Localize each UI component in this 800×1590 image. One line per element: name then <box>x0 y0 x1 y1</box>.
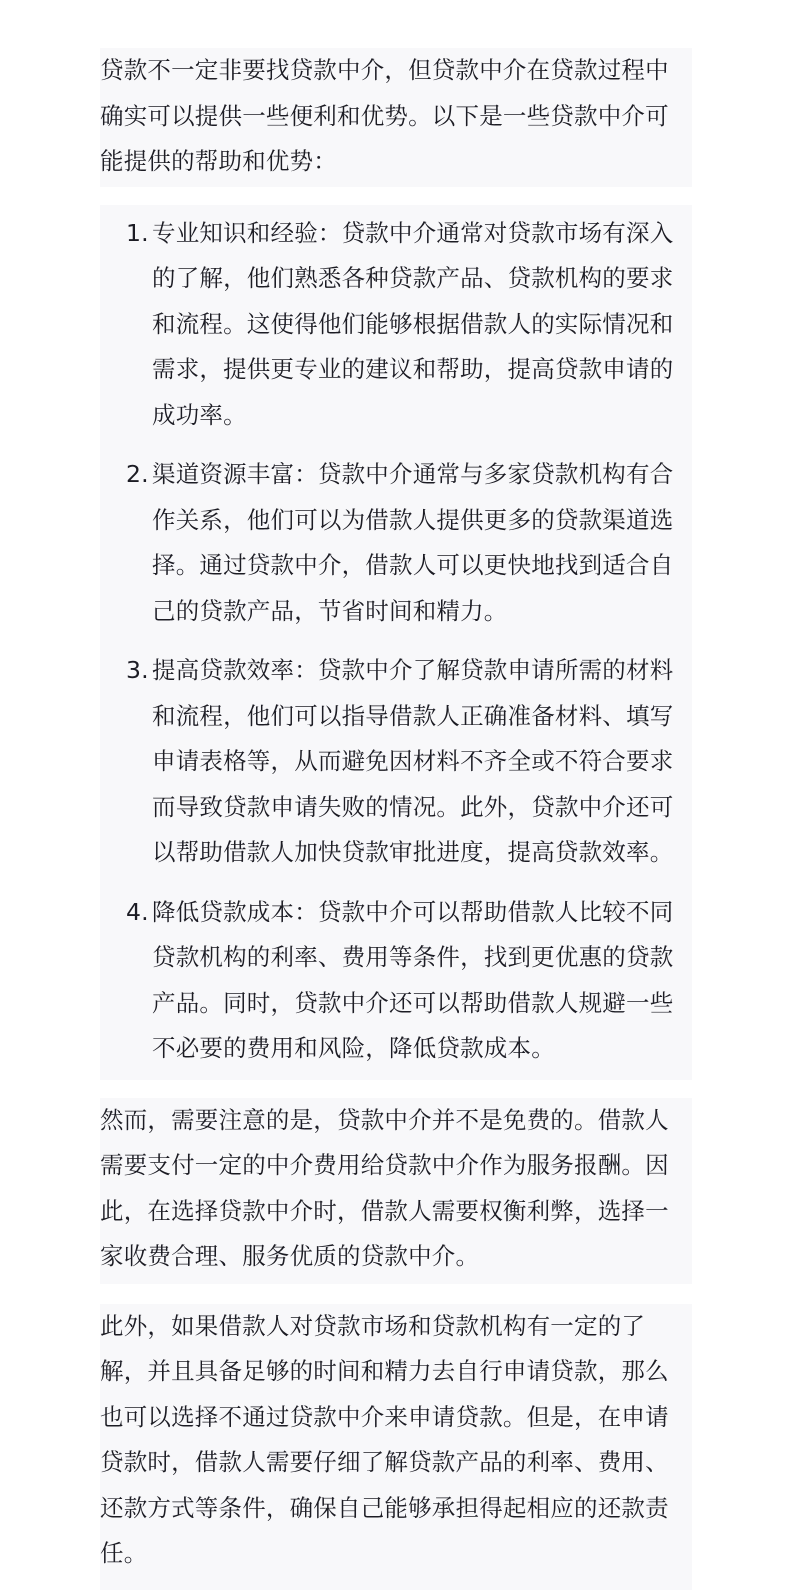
answer-content: 贷款不一定非要找贷款中介，但贷款中介在贷款过程中确实可以提供一些便利和优势。以下… <box>100 48 692 1590</box>
list-item-text: 降低贷款成本：贷款中介可以帮助借款人比较不同贷款机构的利率、费用等条件，找到更优… <box>152 898 673 1063</box>
advantages-list: 1. 专业知识和经验：贷款中介通常对贷款市场有深入的了解，他们熟悉各种贷款产品、… <box>100 211 692 1072</box>
list-item-text: 提高贷款效率：贷款中介了解贷款申请所需的材料和流程，他们可以指导借款人正确准备材… <box>152 656 673 866</box>
caution-paragraph: 然而，需要注意的是，贷款中介并不是免费的。借款人需要支付一定的中介费用给贷款中介… <box>100 1098 692 1284</box>
alternative-paragraph: 此外，如果借款人对贷款市场和贷款机构有一定的了解，并且具备足够的时间和精力去自行… <box>100 1304 692 1590</box>
list-number: 1. <box>126 211 149 257</box>
advantages-list-block: 1. 专业知识和经验：贷款中介通常对贷款市场有深入的了解，他们熟悉各种贷款产品、… <box>100 205 692 1080</box>
list-number: 4. <box>126 890 149 936</box>
list-number: 2. <box>126 452 149 498</box>
list-item-text: 专业知识和经验：贷款中介通常对贷款市场有深入的了解，他们熟悉各种贷款产品、贷款机… <box>152 219 673 429</box>
list-item-channels: 2. 渠道资源丰富：贷款中介通常与多家贷款机构有合作关系，他们可以为借款人提供更… <box>100 452 692 634</box>
list-item-text: 渠道资源丰富：贷款中介通常与多家贷款机构有合作关系，他们可以为借款人提供更多的贷… <box>152 460 673 625</box>
list-item-cost: 4. 降低贷款成本：贷款中介可以帮助借款人比较不同贷款机构的利率、费用等条件，找… <box>100 890 692 1072</box>
list-number: 3. <box>126 648 149 694</box>
intro-paragraph: 贷款不一定非要找贷款中介，但贷款中介在贷款过程中确实可以提供一些便利和优势。以下… <box>100 48 692 187</box>
list-item-efficiency: 3. 提高贷款效率：贷款中介了解贷款申请所需的材料和流程，他们可以指导借款人正确… <box>100 648 692 876</box>
list-item-expertise: 1. 专业知识和经验：贷款中介通常对贷款市场有深入的了解，他们熟悉各种贷款产品、… <box>100 211 692 439</box>
